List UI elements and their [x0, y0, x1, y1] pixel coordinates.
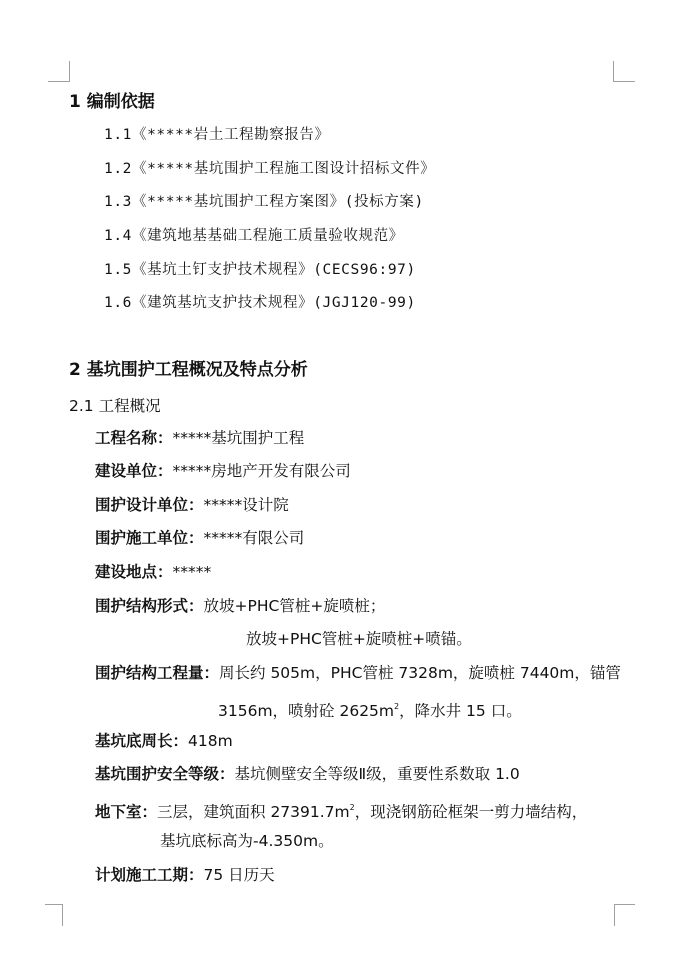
field-quantity-continued: 3156m，喷射砼 2625m2，降水井 15 口。 [218, 697, 522, 721]
section2-subheading: 2.1 工程概况 [69, 396, 161, 416]
field-structure-form: 围护结构形式：放坡+PHC管桩+旋喷桩； [95, 596, 385, 616]
reference-item-4: 1.4《建筑地基基础工程施工质量验收规范》 [104, 226, 404, 246]
corner-mark-top-left-v [69, 61, 70, 82]
field-value: 418m [188, 732, 233, 750]
field-label: 建设单位： [95, 462, 173, 480]
field-label: 围护结构形式： [95, 597, 204, 615]
reference-item-5: 1.5《基坑土钉支护技术规程》(CECS96:97) [104, 260, 416, 280]
field-label: 计划施工工期： [95, 866, 204, 884]
section2-heading: 2 基坑围护工程概况及特点分析 [69, 360, 308, 380]
field-perimeter: 基坑底周长：418m [95, 731, 233, 751]
field-label: 围护结构工程量： [95, 664, 219, 682]
field-quantity: 围护结构工程量：周长约 505m，PHC管桩 7328m，旋喷桩 7440m，锚… [95, 663, 621, 683]
field-location: 建设地点：***** [95, 562, 211, 582]
field-value: *****房地产开发有限公司 [173, 462, 351, 480]
section1-heading: 1 编制依据 [69, 92, 155, 112]
field-label: 地下室： [95, 803, 157, 821]
field-label: 建设地点： [95, 563, 173, 581]
reference-item-6: 1.6《建筑基坑支护技术规程》(JGJ120-99) [104, 293, 416, 313]
field-safety-grade: 基坑围护安全等级：基坑侧壁安全等级Ⅱ级，重要性系数取 1.0 [95, 764, 520, 784]
corner-mark-top-right-h [613, 81, 635, 82]
field-basement: 地下室：三层，建筑面积 27391.7m2，现浇钢筋砼框架一剪力墙结构， [95, 798, 587, 822]
corner-mark-bottom-left-h [45, 904, 63, 905]
corner-mark-top-right-v [613, 61, 614, 82]
field-label: 围护设计单位： [95, 496, 204, 514]
corner-mark-bottom-left-v [62, 904, 63, 926]
field-value: 基坑侧壁安全等级Ⅱ级，重要性系数取 1.0 [235, 765, 520, 783]
field-basement-continued: 基坑底标高为-4.350m。 [160, 831, 334, 851]
field-contractor: 围护施工单位：*****有限公司 [95, 528, 304, 548]
corner-mark-bottom-right-h [614, 904, 635, 905]
field-value: *****基坑围护工程 [173, 429, 305, 447]
field-value: 放坡+PHC管桩+旋喷桩； [204, 597, 386, 615]
field-label: 基坑围护安全等级： [95, 765, 235, 783]
reference-item-1: 1.1《*****岩土工程勘察报告》 [104, 125, 330, 145]
field-label: 工程名称： [95, 429, 173, 447]
corner-mark-top-left-h [48, 81, 70, 82]
field-value: ，现浇钢筋砼框架一剪力墙结构， [355, 803, 588, 821]
field-value: 75 日历天 [204, 866, 275, 884]
field-value: *****有限公司 [204, 529, 305, 547]
field-builder: 建设单位：*****房地产开发有限公司 [95, 461, 351, 481]
corner-mark-bottom-right-v [614, 904, 615, 926]
field-value: 3156m，喷射砼 2625m [218, 702, 394, 720]
field-label: 基坑底周长： [95, 732, 188, 750]
field-value: 三层，建筑面积 27391.7m [157, 803, 350, 821]
field-schedule: 计划施工工期：75 日历天 [95, 865, 275, 885]
reference-item-3: 1.3《*****基坑围护工程方案图》(投标方案) [104, 192, 424, 212]
field-structure-form-continued: 放坡+PHC管桩+旋喷桩+喷锚。 [246, 629, 472, 649]
field-designer: 围护设计单位：*****设计院 [95, 495, 289, 515]
field-value: 周长约 505m，PHC管桩 7328m，旋喷桩 7440m，锚管 [219, 664, 621, 682]
field-label: 围护施工单位： [95, 529, 204, 547]
field-value: ***** [173, 563, 212, 581]
field-value: ，降水井 15 口。 [399, 702, 522, 720]
field-project-name: 工程名称：*****基坑围护工程 [95, 428, 304, 448]
reference-item-2: 1.2《*****基坑围护工程施工图设计招标文件》 [104, 159, 435, 179]
field-value: *****设计院 [204, 496, 289, 514]
